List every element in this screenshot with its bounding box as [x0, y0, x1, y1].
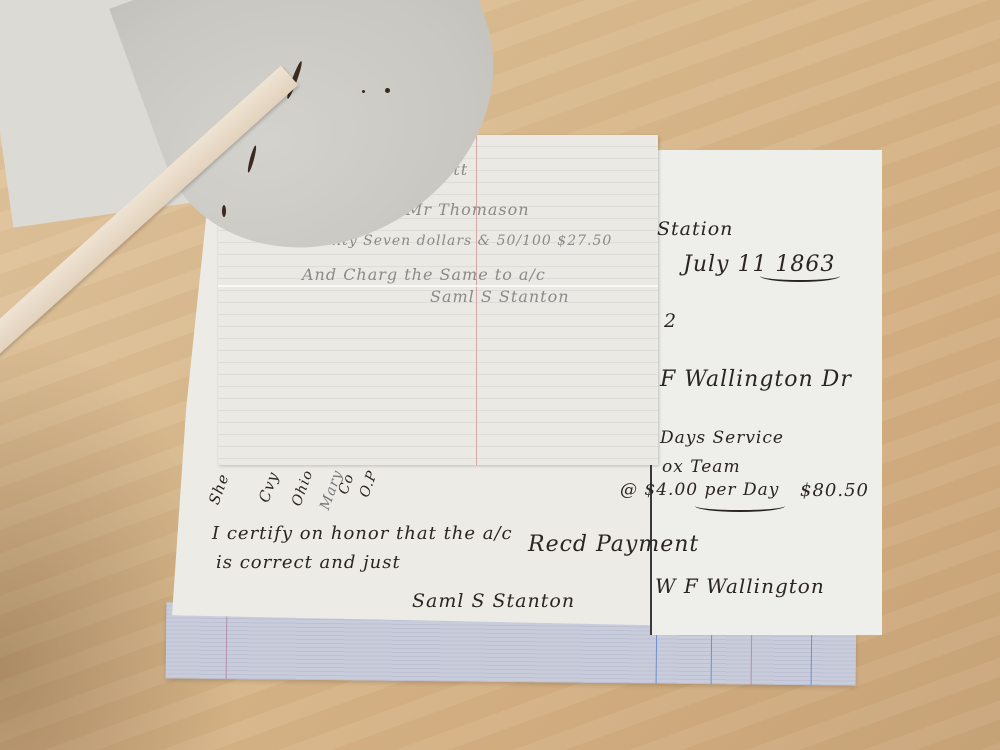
received-payment: Recd Payment	[528, 532, 699, 557]
amount: $80.50	[800, 480, 869, 501]
fragment: 2	[664, 310, 677, 332]
service-line: ox Team	[662, 457, 741, 477]
certification-line: is correct and just	[216, 552, 401, 573]
amount-underline	[695, 500, 785, 512]
station-fragment: Station	[657, 218, 733, 240]
date-underline	[760, 270, 840, 282]
payee-fragment: F Wallington Dr	[660, 367, 852, 392]
recipient-signature: W F Wallington	[655, 574, 825, 598]
service-line: @ $4.00 per Day	[620, 480, 779, 500]
pay-order-signature: Saml S Stanton	[430, 287, 570, 306]
certification-line: I certify on honor that the a/c	[212, 523, 513, 544]
service-line: Days Service	[660, 428, 784, 448]
pay-order-line: And Charg the Same to a/c	[302, 265, 546, 284]
certifier-signature: Saml S Stanton	[412, 590, 575, 612]
